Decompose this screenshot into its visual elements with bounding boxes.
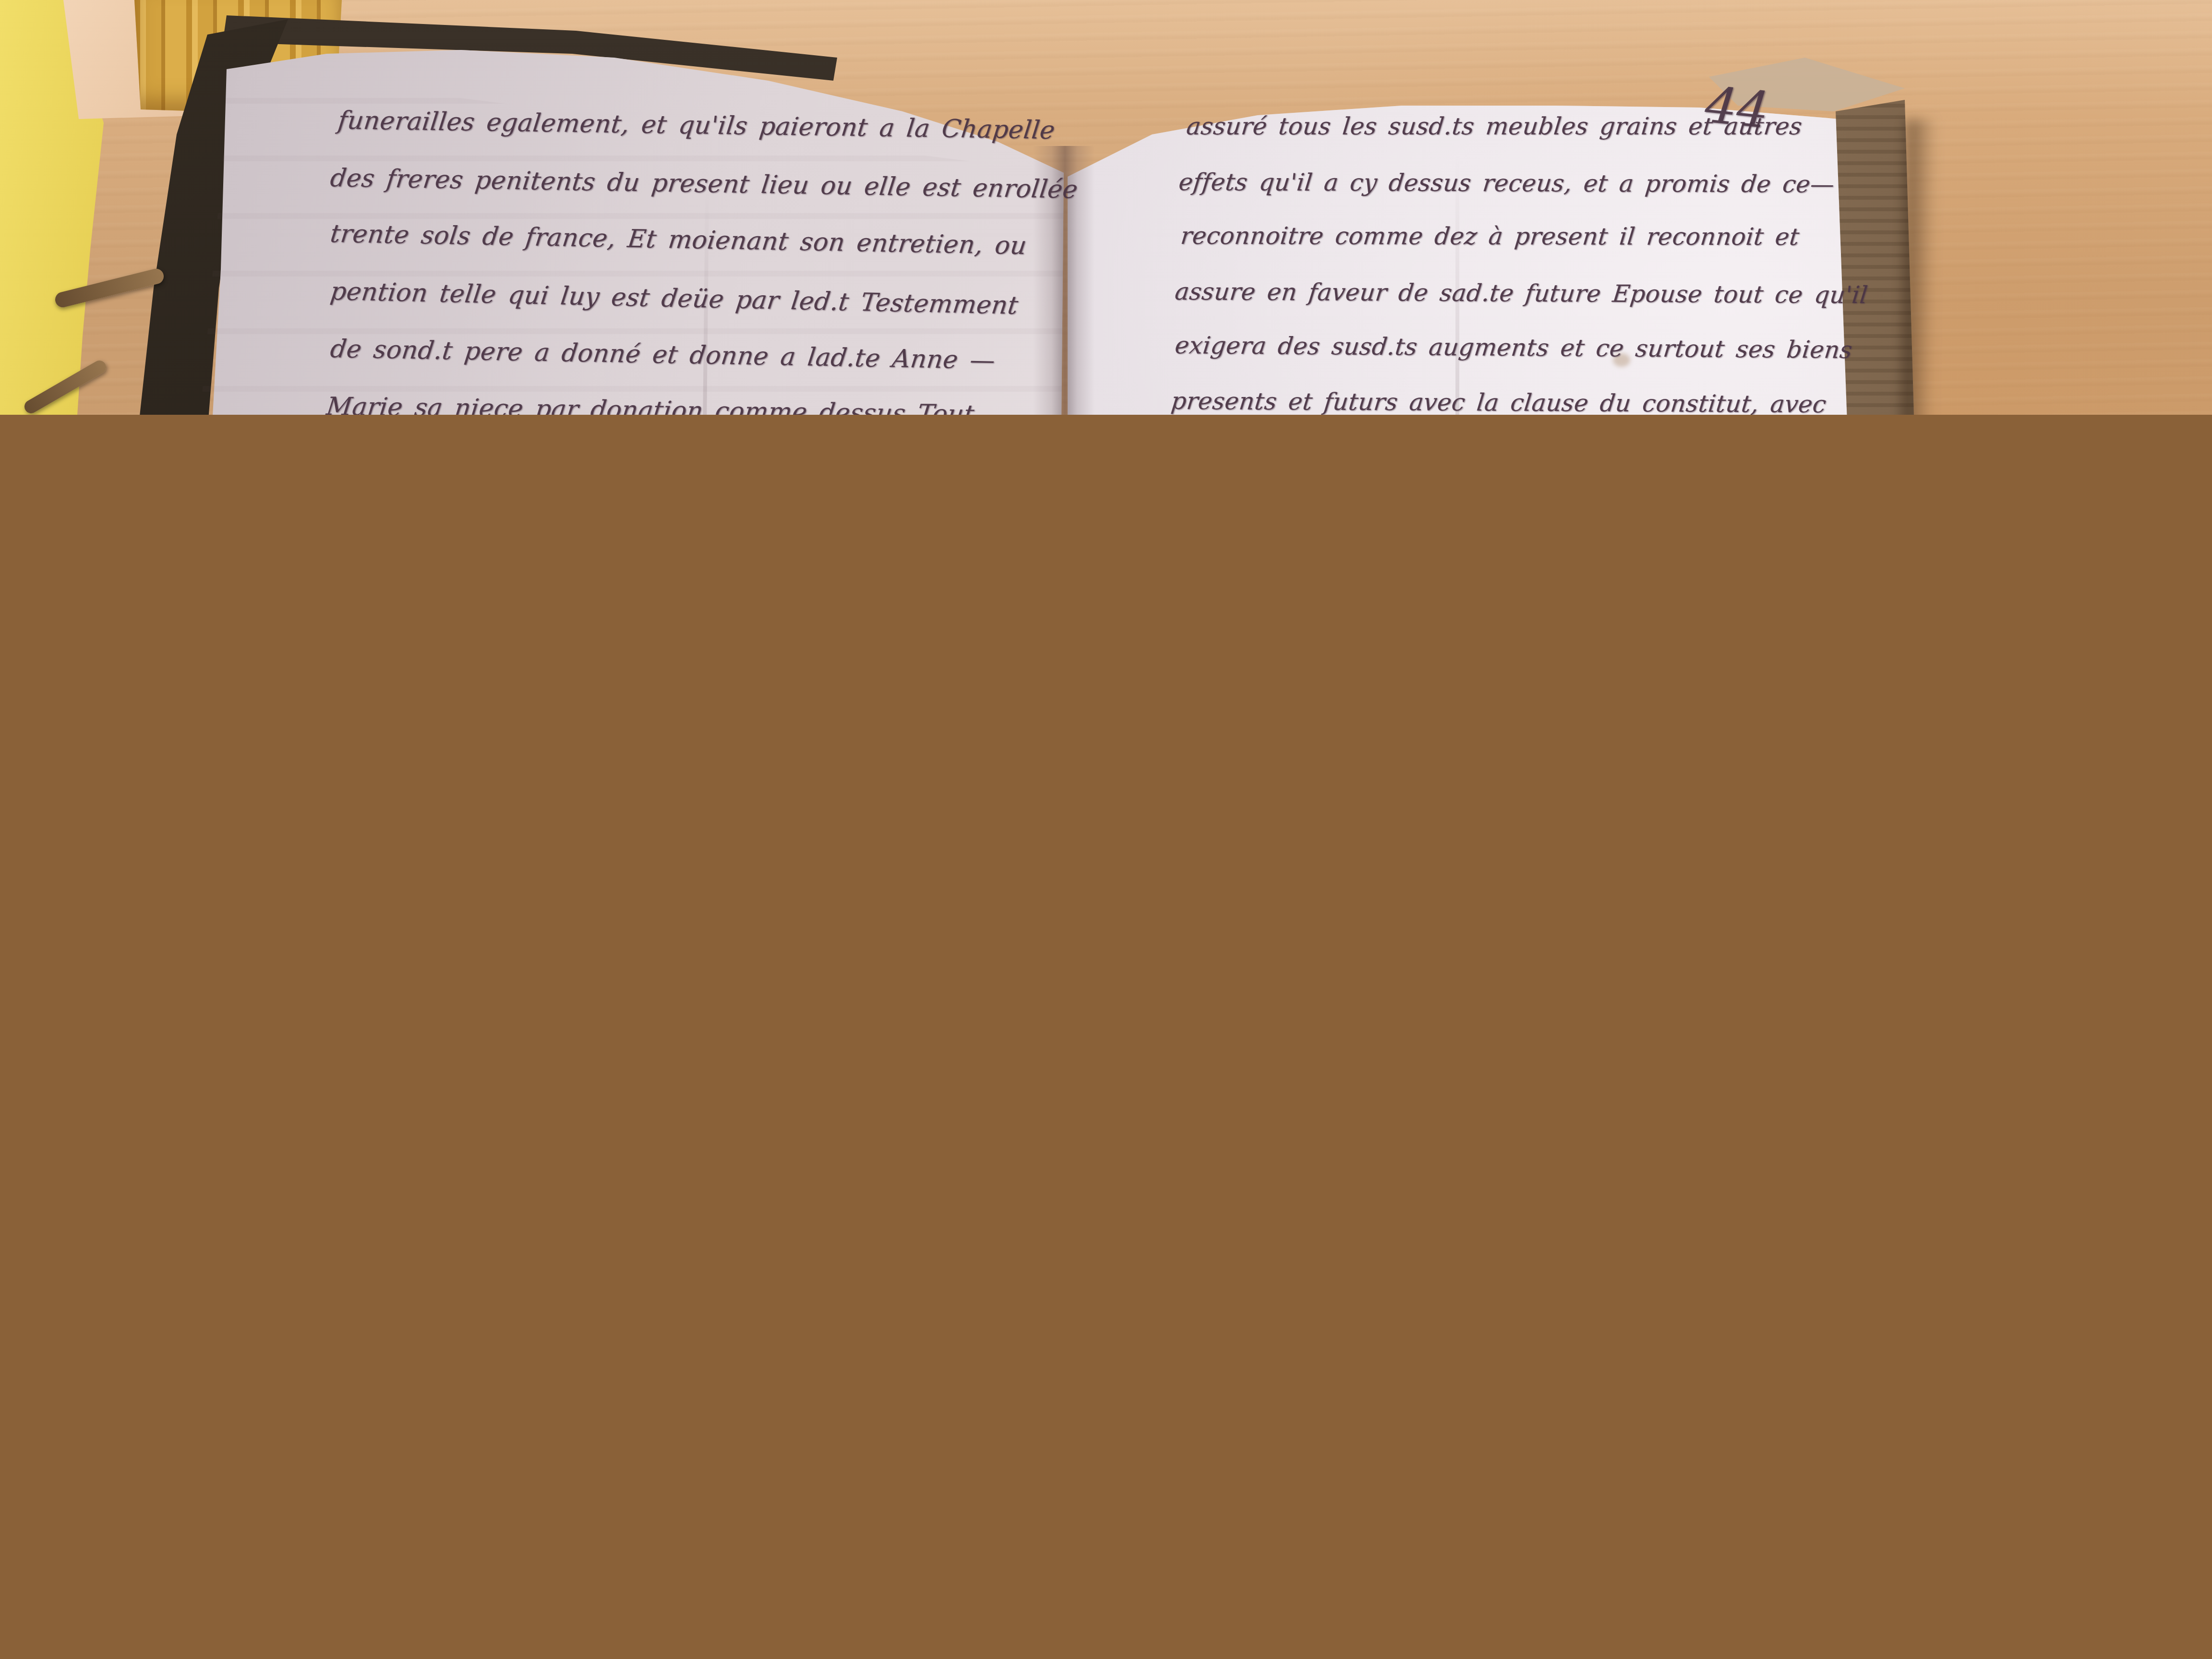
manuscript-line-right-2: effets qu'il a cy dessus receus, et a pr…: [1178, 166, 1836, 197]
stage: 44 funerailles egalement, et qu'ils paie…: [0, 0, 2212, 415]
manuscript-line-right-3: reconnoitre comme dez à present il recon…: [1179, 221, 1801, 251]
manuscript-line-right-6: presents et futurs avec la clause du con…: [1170, 385, 1828, 415]
manuscript-line-right-5: exigera des susd.ts augments et ce surto…: [1174, 330, 1854, 364]
manuscript-line-right-1: assuré tous les susd.ts meubles grains e…: [1185, 111, 1803, 140]
manuscript-line-right-4: assure en faveur de sad.te future Epouse…: [1174, 276, 1869, 308]
